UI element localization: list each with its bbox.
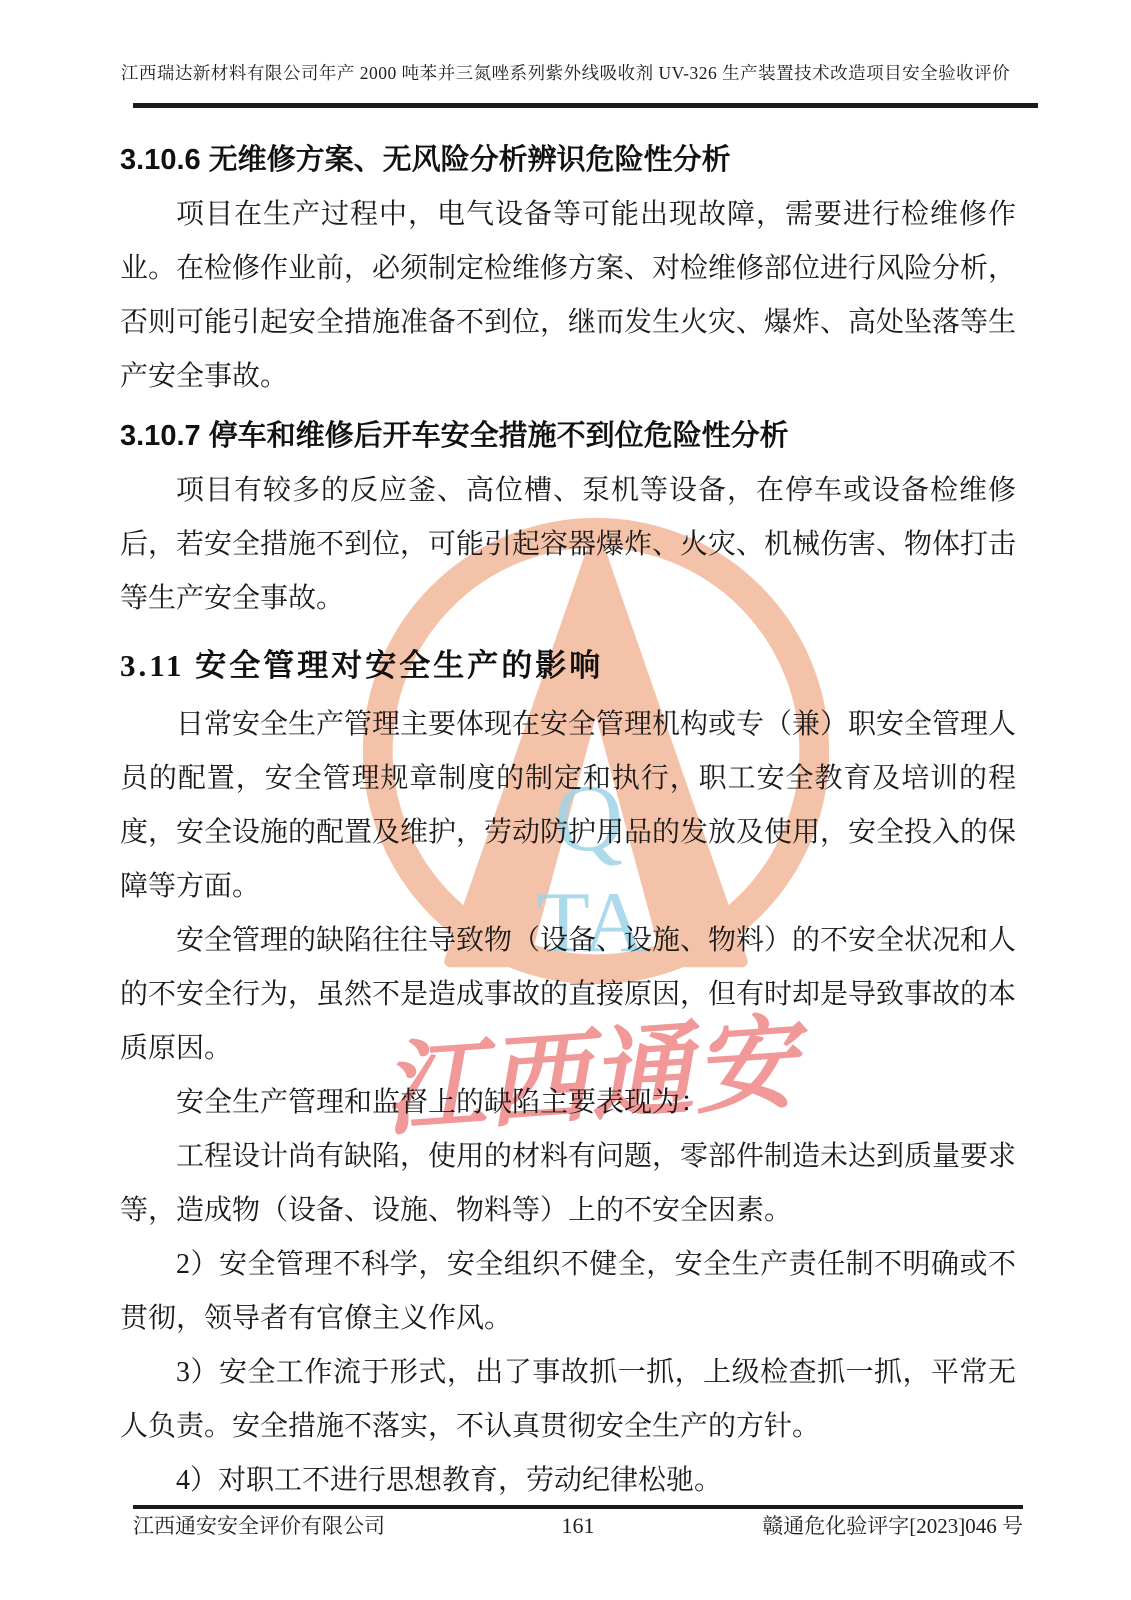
footer-doc-number: 赣通危化验评字[2023]046 号: [595, 1511, 1024, 1541]
footer-page-number: 161: [562, 1511, 595, 1541]
paragraph-3-11-1: 日常安全生产管理主要体现在安全管理机构或专（兼）职安全管理人员的配置，安全管理规…: [120, 698, 1016, 914]
document-page: Q TA 江西通安 江西瑞达新材料有限公司年产 2000 吨苯并三氮唑系列紫外线…: [0, 0, 1131, 1600]
heading-3-10-7: 3.10.7 停车和维修后开车安全措施不到位危险性分析: [120, 414, 1016, 458]
page-footer: 江西通安安全评价有限公司 161 赣通危化验评字[2023]046 号: [133, 1511, 1023, 1541]
paragraph-3-11-3: 安全生产管理和监督上的缺陷主要表现为：: [120, 1076, 1016, 1130]
paragraph-3-10-7: 项目有较多的反应釜、高位槽、泵机等设备，在停车或设备检维修后，若安全措施不到位，…: [120, 464, 1016, 626]
page-header-title: 江西瑞达新材料有限公司年产 2000 吨苯并三氮唑系列紫外线吸收剂 UV-326…: [70, 58, 1061, 88]
footer-company: 江西通安安全评价有限公司: [133, 1511, 562, 1541]
document-body: 3.10.6 无维修方案、无风险分析辨识危险性分析 项目在生产过程中，电气设备等…: [120, 138, 1016, 1508]
paragraph-3-10-6: 项目在生产过程中，电气设备等可能出现故障，需要进行检维修作业。在检修作业前，必须…: [120, 188, 1016, 404]
paragraph-3-11-4: 工程设计尚有缺陷，使用的材料有问题，零部件制造未达到质量要求等，造成物（设备、设…: [120, 1130, 1016, 1238]
paragraph-3-11-7: 4）对职工不进行思想教育，劳动纪律松驰。: [120, 1454, 1016, 1508]
header-divider: [133, 103, 1038, 108]
heading-3-10-6: 3.10.6 无维修方案、无风险分析辨识危险性分析: [120, 138, 1016, 182]
heading-3-11: 3.11 安全管理对安全生产的影响: [120, 642, 1016, 690]
paragraph-3-11-2: 安全管理的缺陷往往导致物（设备、设施、物料）的不安全状况和人的不安全行为，虽然不…: [120, 914, 1016, 1076]
paragraph-3-11-6: 3）安全工作流于形式，出了事故抓一抓，上级检查抓一抓，平常无人负责。安全措施不落…: [120, 1346, 1016, 1454]
paragraph-3-11-5: 2）安全管理不科学，安全组织不健全，安全生产责任制不明确或不贯彻，领导者有官僚主…: [120, 1238, 1016, 1346]
